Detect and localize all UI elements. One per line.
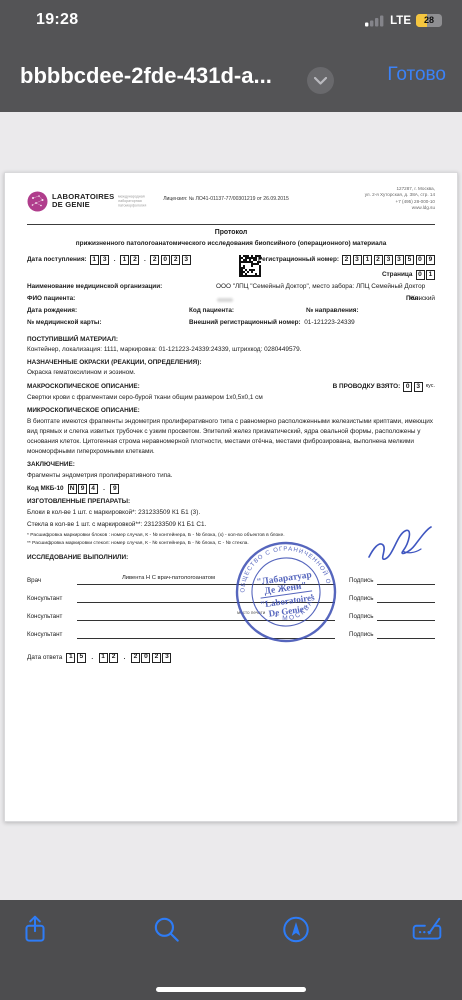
ext-reg-value: 01-121223-24339 <box>304 319 354 326</box>
battery-icon: 28 <box>416 14 442 27</box>
answer-date-row: Дата ответа 15 . 12 . 2023 <box>27 653 435 663</box>
compass-icon <box>281 914 311 946</box>
consultant-row-1: Консультант Подпись <box>27 593 435 603</box>
org-row: Наименование медицинской организации: ОО… <box>27 283 435 295</box>
status-bar: 19:28 LTE 28 <box>0 0 462 54</box>
doctor-signature-scribble <box>363 523 435 567</box>
consultant-row-2: Консультант Подпись <box>27 611 435 621</box>
document-content: LABORATOIRES DE GENIE международная лабо… <box>27 173 435 663</box>
container-line: Контейнер, локализация: 1111, маркировка… <box>27 346 435 354</box>
org-value: ООО "ЛПЦ "Семейный Доктор", место забора… <box>216 283 425 291</box>
share-icon <box>20 914 50 946</box>
bottom-toolbar <box>0 900 462 1000</box>
micro-heading: МИКРОСКОПИЧЕСКОЕ ОПИСАНИЕ: <box>27 407 435 415</box>
search-button[interactable] <box>149 914 183 948</box>
file-options-button[interactable] <box>307 67 334 94</box>
logo-circle-icon <box>27 191 48 212</box>
consultant-sign-line <box>377 592 435 603</box>
birth-row: Дата рождения: Код пациента: № направлен… <box>27 307 435 319</box>
micro-text: В биоптате имеются фрагменты эндометрия … <box>27 417 435 457</box>
patient-row: ФИО пациента: Пол: Женский <box>27 295 435 307</box>
document-filename: bbbbcdee-2fde-431d-a... <box>20 63 308 89</box>
material-heading: ПОСТУПИВШИЙ МАТЕРИАЛ: <box>27 336 435 344</box>
prepared-heading: ИЗГОТОВЛЕННЫЕ ПРЕПАРАТЫ: <box>27 498 435 506</box>
document-page: LABORATOIRES DE GENIE международная лабо… <box>4 172 458 822</box>
status-time: 19:28 <box>36 11 78 29</box>
cellular-signal-icon <box>365 14 385 27</box>
document-canvas[interactable]: LABORATOIRES DE GENIE международная лабо… <box>0 112 462 900</box>
card-row: № медицинской карты: Внешний регистрацио… <box>27 319 435 331</box>
consultant-sign-line <box>377 610 435 621</box>
brand-name: LABORATOIRES DE GENIE <box>52 193 114 209</box>
macro-line: Свертки крови с фрагментами серо-бурой т… <box>27 394 435 402</box>
doctor-signature-row: Врач Ливента Н С врач-патологоанатом Под… <box>27 575 435 585</box>
macro-row: МАКРОСКОПИЧЕСКОЕ ОПИСАНИЕ: В ПРОВОДКУ ВЗ… <box>27 382 435 392</box>
title-bar: bbbbcdee-2fde-431d-a... Готово <box>0 54 462 112</box>
consultant-row-3: Консультант Подпись <box>27 629 435 639</box>
license-line: Лицензия: № ЛО41-01137-77/00301219 от 26… <box>137 196 315 202</box>
sex-value: Женский <box>409 295 435 303</box>
admission-date: Дата поступления: 13 . 12 . 2023 <box>27 255 191 265</box>
letterhead: LABORATOIRES DE GENIE международная лабо… <box>27 183 435 225</box>
icd-row: Код МКБ-10 N94 . 9 <box>27 484 435 494</box>
lab-address: 127287, г. Москва, ул. 2-я Хуторская, д.… <box>365 186 435 212</box>
date-registration-row: Дата поступления: 13 . 12 . 2023 Регистр… <box>27 255 435 280</box>
status-icons: LTE 28 <box>365 14 440 27</box>
conclusion-heading: ЗАКЛЮЧЕНИЕ: <box>27 461 435 469</box>
chevron-down-icon <box>314 77 327 85</box>
battery-percent: 28 <box>416 14 442 27</box>
registration-number: Регистрационный номер: 231233509 <box>258 255 435 265</box>
processing-taken: В ПРОВОДКУ ВЗЯТО: 03 кус. <box>333 382 435 392</box>
stains-line: Окраска гематоксилином и эозином. <box>27 369 435 377</box>
blocks-line: Блоки в кол-ве 1 шт. с маркировкой*: 231… <box>27 509 435 517</box>
consultant-sign-line <box>377 628 435 639</box>
home-indicator[interactable] <box>156 987 306 992</box>
network-type-label: LTE <box>390 15 411 27</box>
protocol-title: Протокол <box>27 229 435 238</box>
protocol-subtitle: прижизненного патологоанатомического исс… <box>27 240 435 248</box>
doctor-name: Ливента Н С врач-патологоанатом <box>122 575 215 582</box>
lab-round-stamp: ОБЩЕСТВО С ОГРАНИЧЕННОЙ ОТВЕТСТВЕННОСТЬЮ… <box>234 540 338 644</box>
navigate-button[interactable] <box>279 914 313 948</box>
share-button[interactable] <box>18 914 52 948</box>
done-button[interactable]: Готово <box>387 64 446 86</box>
redacted-patient-name <box>217 298 233 302</box>
page-number: Страница 01 <box>382 270 435 280</box>
markup-button[interactable] <box>410 914 444 948</box>
stains-heading: НАЗНАЧЕННЫЕ ОКРАСКИ (РЕАКЦИИ, ОПРЕДЕЛЕНИ… <box>27 359 435 367</box>
doctor-sign-line <box>377 574 435 585</box>
search-icon <box>151 914 181 946</box>
phone-screen: 19:28 LTE 28 bbbbcdee-2fde-431d-a... <box>0 0 462 1000</box>
markup-icon <box>411 914 443 946</box>
conclusion-line: Фрагменты эндометрия пролиферативного ти… <box>27 472 435 480</box>
